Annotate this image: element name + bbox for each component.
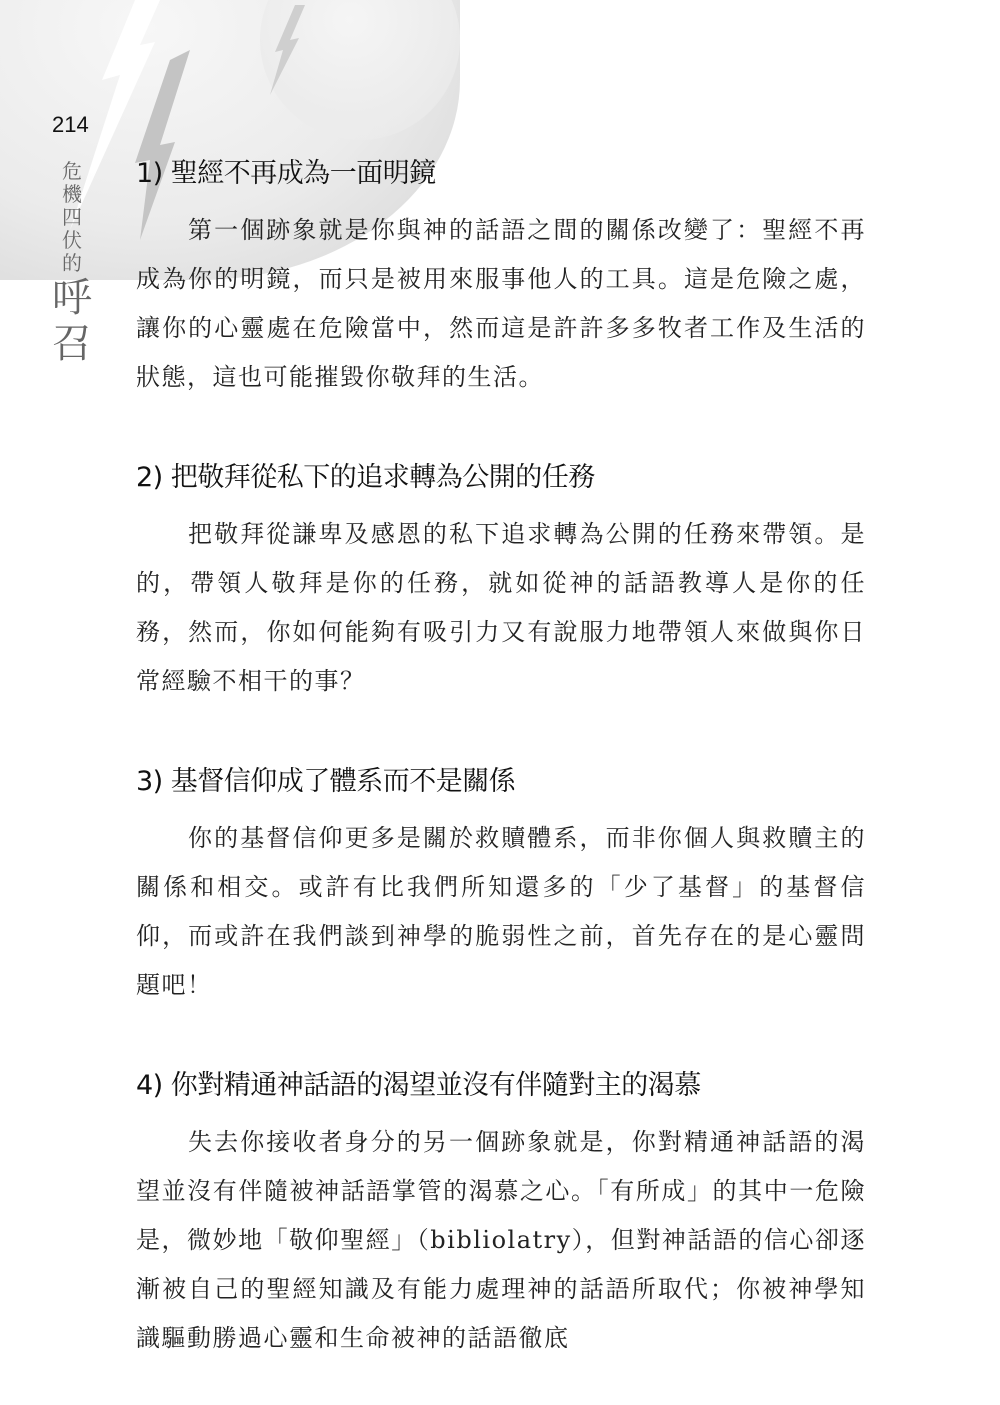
lightning-bolt-icon-small: [255, 5, 315, 95]
running-title-char: 四: [52, 206, 92, 229]
section-heading: 2) 把敬拜從私下的追求轉為公開的任務: [136, 454, 866, 502]
running-title-char: 的: [52, 252, 92, 275]
section-heading: 1) 聖經不再成為一面明鏡: [136, 150, 866, 198]
running-title-char: 機: [52, 183, 92, 206]
section-4: 4) 你對精通神話語的渴望並沒有伴隨對主的渴慕 失去你接收者身分的另一個跡象就是…: [136, 1062, 866, 1363]
section-paragraph: 失去你接收者身分的另一個跡象就是，你對精通神話語的渴望並沒有伴隨被神話語掌管的渴…: [136, 1118, 866, 1363]
running-title-char: 危: [52, 160, 92, 183]
section-2: 2) 把敬拜從私下的追求轉為公開的任務 把敬拜從謙卑及感恩的私下追求轉為公開的任…: [136, 454, 866, 706]
page-number: 214: [52, 112, 89, 138]
section-paragraph: 第一個跡象就是你與神的話語之間的關係改變了：聖經不再成為你的明鏡，而只是被用來服…: [136, 206, 866, 402]
section-1: 1) 聖經不再成為一面明鏡 第一個跡象就是你與神的話語之間的關係改變了：聖經不再…: [136, 150, 866, 402]
running-title-char: 伏: [52, 229, 92, 252]
section-paragraph: 你的基督信仰更多是關於救贖體系，而非你個人與救贖主的關係和相交。或許有比我們所知…: [136, 814, 866, 1010]
running-title: 危 機 四 伏 的 呼 召: [52, 160, 92, 367]
running-title-char-large: 呼: [52, 275, 92, 321]
section-paragraph: 把敬拜從謙卑及感恩的私下追求轉為公開的任務來帶領。是的，帶領人敬拜是你的任務，就…: [136, 510, 866, 706]
page-content: 1) 聖經不再成為一面明鏡 第一個跡象就是你與神的話語之間的關係改變了：聖經不再…: [136, 150, 866, 1399]
section-heading: 3) 基督信仰成了體系而不是關係: [136, 758, 866, 806]
running-title-char-large: 召: [52, 321, 92, 367]
section-3: 3) 基督信仰成了體系而不是關係 你的基督信仰更多是關於救贖體系，而非你個人與救…: [136, 758, 866, 1010]
section-heading: 4) 你對精通神話語的渴望並沒有伴隨對主的渴慕: [136, 1062, 866, 1110]
